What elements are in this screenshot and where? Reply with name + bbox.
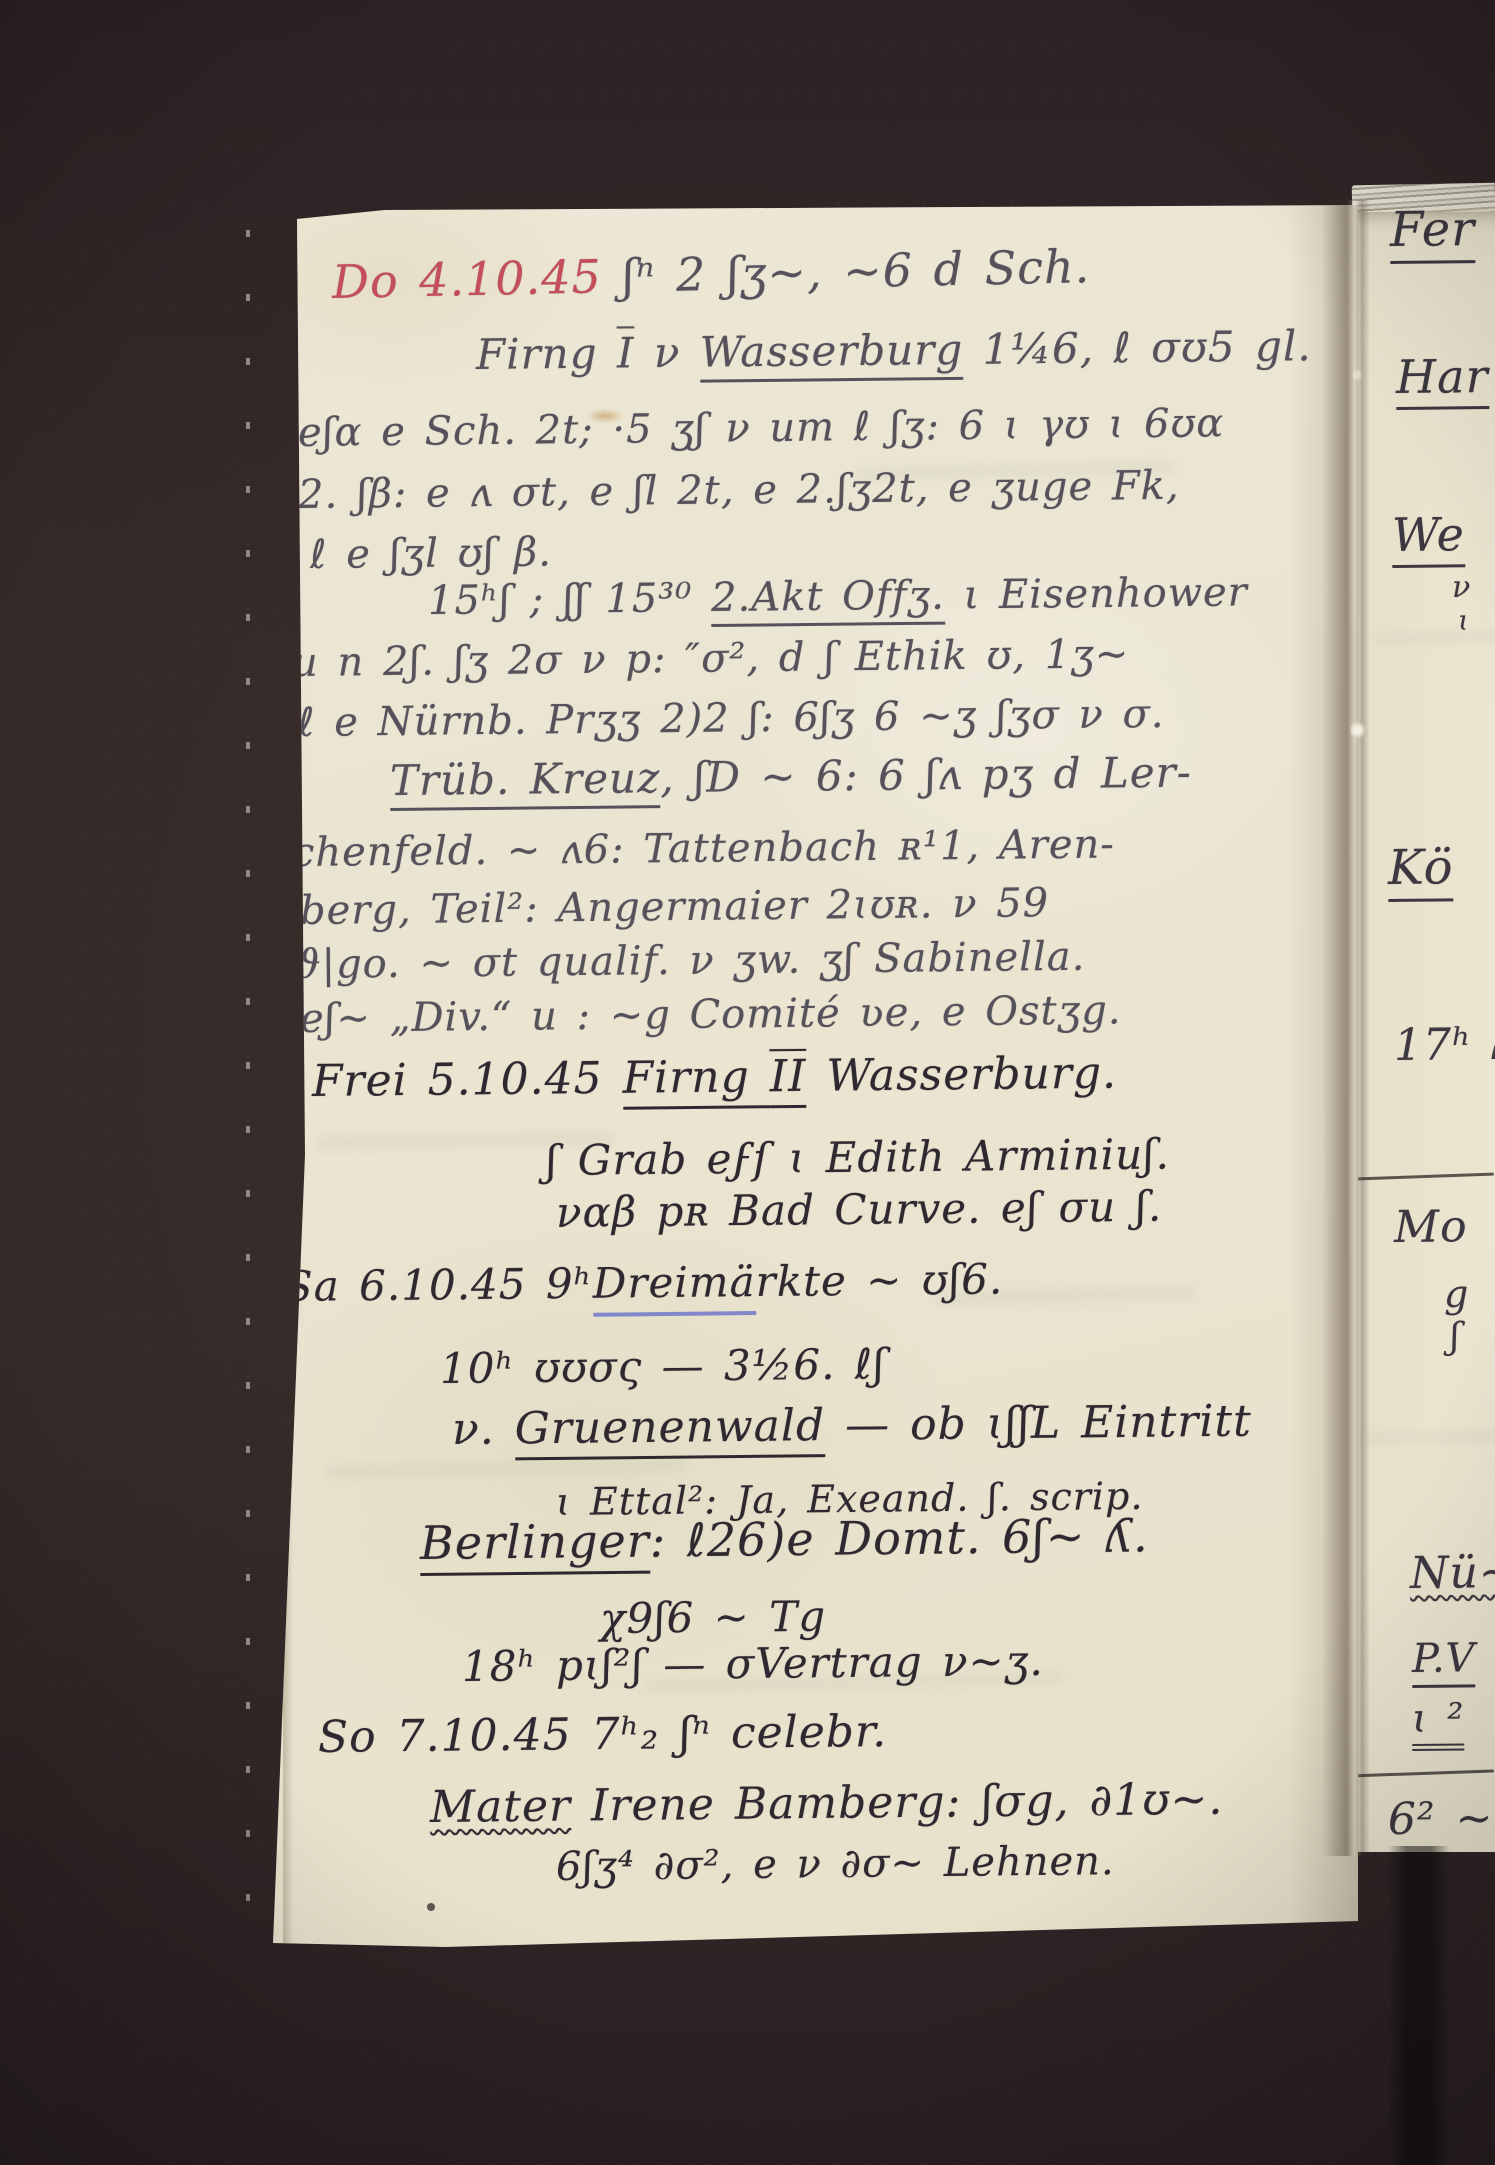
handwriting-segment: Mater [430, 1781, 572, 1833]
handwriting-segment: ν [1452, 570, 1472, 605]
handwriting-segment: Berlinger [420, 1514, 650, 1576]
right-page: FerHarWeνɩKö17ʰ ʎMogʃNü~P.Vɩ ²6² ~ [1346, 212, 1495, 1852]
handwriting-segment: 2. ʃβ: e ʌ σt, e ʃl 2t, e 2.ʃʒ2t, e ʒuge… [298, 463, 1180, 518]
handwriting-segment: So 7.10.45 7ʰ₂ ʃⁿ celebr. [318, 1706, 888, 1763]
handwriting-segment: Firng [476, 329, 617, 379]
handwriting-line: eʃα e Sch. 2t; ·5 ʒʃ ν um ℓ ʃʒ: 6 ɩ γʊ ɩ… [298, 400, 1225, 456]
handwriting-segment: 1¼6, ℓ σʊ5 gl. [963, 321, 1312, 374]
handwriting-segment: eʃ~ „Div.“ u : ~g Comité ʋe, e Ostʒg. [300, 987, 1122, 1042]
handwriting-segment: g [1444, 1272, 1470, 1316]
handwriting-line: Fer [1390, 201, 1476, 258]
paper-dimple [1352, 368, 1362, 382]
handwriting-line: ʃ [1450, 1316, 1461, 1357]
handwriting-line: g [1444, 1272, 1470, 1316]
handwriting-line: Nü~ [1410, 1547, 1495, 1599]
binding-stitches [246, 230, 250, 1920]
handwriting-line: Sa 6.10.45 9ʰDreimärkte ~ ʊʃ6. [284, 1254, 1004, 1311]
handwriting-segment: eʃα e Sch. 2t; ·5 ʒʃ ν um ℓ ʃʒ: 6 ɩ γʊ ɩ… [298, 400, 1225, 456]
handwriting-segment: — ob ɩʃʃL Eintritt [825, 1396, 1252, 1451]
handwriting-line: Trüb. Kreuz, ʃD ~ 6: 6 ʃʌ pʒ d Ler- [390, 748, 1192, 805]
handwriting-line: Har [1396, 349, 1489, 404]
handwriting-segment: 18ʰ pɩʃ²ʃ — σVertrag ν~ʒ. [462, 1636, 1044, 1691]
handwriting-segment: ι Eisenhower [945, 569, 1248, 618]
handwriting-segment: Har [1396, 349, 1489, 410]
handwriting-segment: P.V [1412, 1635, 1476, 1688]
handwriting-segment: rkte ~ ʊʃ6. [755, 1254, 1003, 1306]
handwriting-line: Do 4.10.45 ʃⁿ 2 ʃʒ~, ~6 d Sch. [331, 239, 1090, 309]
handwriting-line: Mater Irene Bamberg: ʃσg, ∂1ʊ~. [430, 1774, 1224, 1833]
handwriting-segment: 15ʰʃ ; ʃʃ 15³⁰ [428, 575, 712, 624]
handwriting-line: 2. ʃβ: e ʌ σt, e ʃl 2t, e 2.ʃʒ2t, e ʒuge… [298, 463, 1180, 518]
handwriting-line: ɩ ² [1412, 1695, 1465, 1742]
handwriting-segment: Wasserburg [699, 325, 963, 383]
handwriting-line: So 7.10.45 7ʰ₂ ʃⁿ celebr. [318, 1706, 888, 1763]
handwriting-segment: Irene Bamberg: ʃσg, ∂1ʊ~. [571, 1774, 1224, 1832]
handwriting-line: χ9ʃ6 ~ Tg [600, 1592, 827, 1643]
cover-edge-shadow [1388, 1846, 1450, 2165]
handwriting-line: ʃ Grab eϝſ ɩ Edith Arminiuʃ. [546, 1129, 1170, 1185]
handwriting-line: 10ʰ ʊʊσς — 3½6. ℓʃ [440, 1339, 886, 1393]
notebook-scan: FerHarWeνɩKö17ʰ ʎMogʃNü~P.Vɩ ²6² ~ Do 4.… [0, 0, 1495, 2165]
handwriting-line: u n 2ʃ. ʃʒ 2σ ν p: ″σ², d ʃ Ethik ʊ, 1ʒ~ [292, 631, 1130, 686]
handwriting-segment: berg, Teil²: Angermaier 2ɩʊʀ. ν 59 [300, 880, 1050, 934]
handwriting-segment: ʃ [1450, 1316, 1461, 1357]
handwriting-segment: Fer [1390, 201, 1476, 264]
handwriting-line: 6ʃʒ⁴ ∂σ², e ν ∂σ~ Lehnen. [556, 1838, 1115, 1890]
handwriting-line: eʃ~ „Div.“ u : ~g Comité ʋe, e Ostʒg. [300, 987, 1122, 1042]
handwriting-line: ναβ pʀ Bad Curve. eʃ σu ʃ. [556, 1182, 1163, 1237]
handwriting-segment: ν [634, 328, 700, 378]
handwriting-segment: ʃ Grab eϝſ ɩ Edith Arminiuʃ. [546, 1129, 1170, 1185]
handwriting-line: ℓ e Nürnb. Prʒʒ 2)2 ʃ: 6ʃʒ 6 ~ʒ ʃʒσ ν σ. [298, 691, 1165, 746]
handwriting-segment: 6² ~ [1388, 1793, 1494, 1845]
pencil-rule [1356, 1173, 1494, 1181]
handwriting-segment: Dreimä [592, 1257, 756, 1317]
handwriting-line: Berlinger: ℓ26)e Domt. 6ʃ~ ʎ. [420, 1508, 1149, 1570]
handwriting-segment: : ℓ26)e Domt. 6ʃ~ ʎ. [649, 1508, 1148, 1567]
handwriting-segment: 6ʃʒ⁴ ∂σ², e ν ∂σ~ Lehnen. [556, 1838, 1115, 1890]
handwriting-segment: χ9ʃ6 ~ Tg [600, 1592, 827, 1643]
paper-dimple [1350, 720, 1365, 740]
handwriting-segment: ϑ|go. ~ σt qualif. ν ʒw. ʒʃ Sabinella. [292, 934, 1086, 988]
handwriting-line: 18ʰ pɩʃ²ʃ — σVertrag ν~ʒ. [462, 1636, 1044, 1691]
handwriting-segment: Kö [1388, 839, 1454, 902]
handwriting-line: ν. Gruenenwald — ob ɩʃʃL Eintritt [452, 1396, 1252, 1455]
handwriting-segment: Frei 5.10.45 [312, 1053, 623, 1107]
handwriting-line: Mo [1394, 1201, 1468, 1253]
handwriting-segment: ℓ e ʃʒl ʊʃ β. [310, 529, 552, 578]
handwriting-segment: Firng [622, 1051, 770, 1110]
left-page-writing: Do 4.10.45 ʃⁿ 2 ʃʒ~, ~6 d Sch.Firng I ν … [255, 205, 1358, 1950]
handwriting-segment: ɩ ² [1412, 1695, 1465, 1751]
handwriting-segment: I [617, 328, 635, 377]
handwriting-segment: Sa 6.10.45 9ʰ [284, 1259, 593, 1311]
handwriting-line: chenfeld. ~ ʌ6: Tattenbach ʀ¹1, Aren- [292, 821, 1115, 876]
left-page: Do 4.10.45 ʃⁿ 2 ʃʒ~, ~6 d Sch.Firng I ν … [255, 205, 1358, 1950]
handwriting-line: Firng I ν Wasserburg 1¼6, ℓ σʊ5 gl. [476, 321, 1312, 379]
handwriting-line: ϑ|go. ~ σt qualif. ν ʒw. ʒʃ Sabinella. [292, 934, 1086, 988]
pencil-rule [1348, 1769, 1494, 1777]
handwriting-line: P.V [1412, 1635, 1476, 1682]
handwriting-segment: II [769, 1051, 806, 1108]
handwriting-segment: We [1392, 507, 1465, 568]
handwriting-segment: Gruenenwald [514, 1400, 825, 1460]
handwriting-line: ℓ e ʃʒl ʊʃ β. [310, 529, 552, 578]
handwriting-segment: chenfeld. ~ ʌ6: Tattenbach ʀ¹1, Aren- [292, 821, 1115, 876]
handwriting-line: 17ʰ ʎ [1394, 1019, 1495, 1071]
handwriting-segment: Nü~ [1410, 1547, 1495, 1599]
handwriting-segment: ναβ pʀ Bad Curve. eʃ σu ʃ. [556, 1182, 1163, 1237]
handwriting-segment: u n 2ʃ. ʃʒ 2σ ν p: ″σ², d ʃ Ethik ʊ, 1ʒ~ [292, 631, 1130, 686]
handwriting-segment: 17ʰ ʎ [1394, 1019, 1495, 1071]
handwriting-line: Frei 5.10.45 Firng II Wasserburg. [312, 1048, 1118, 1107]
handwriting-line: ν [1452, 570, 1472, 605]
handwriting-segment: ʃⁿ 2 ʃʒ~, ~6 d Sch. [601, 239, 1091, 303]
handwriting-segment: Do 4.10.45 [331, 249, 602, 309]
handwriting-segment: 2.Akt Offʒ. [711, 573, 945, 627]
handwriting-segment: ℓ e Nürnb. Prʒʒ 2)2 ʃ: 6ʃʒ 6 ~ʒ ʃʒσ ν σ. [298, 691, 1165, 746]
handwriting-segment: , ʃD ~ 6: 6 ʃʌ pʒ d Ler- [660, 748, 1192, 803]
handwriting-segment: Wasserburg. [806, 1048, 1117, 1102]
handwriting-line: 15ʰʃ ; ʃʃ 15³⁰ 2.Akt Offʒ. ι Eisenhower [428, 569, 1248, 624]
handwriting-segment: Mo [1394, 1201, 1468, 1253]
handwriting-line: berg, Teil²: Angermaier 2ɩʊʀ. ν 59 [300, 880, 1050, 934]
handwriting-line: Kö [1388, 839, 1454, 896]
handwriting-segment: ν. [452, 1403, 515, 1455]
right-page-writing: FerHarWeνɩKö17ʰ ʎMogʃNü~P.Vɩ ²6² ~ [1346, 212, 1495, 1852]
handwriting-line: 6² ~ [1388, 1793, 1494, 1845]
handwriting-segment: 10ʰ ʊʊσς — 3½6. ℓʃ [440, 1339, 886, 1393]
handwriting-segment: Trüb. Kreuz [390, 753, 661, 811]
handwriting-line: We [1392, 507, 1465, 562]
